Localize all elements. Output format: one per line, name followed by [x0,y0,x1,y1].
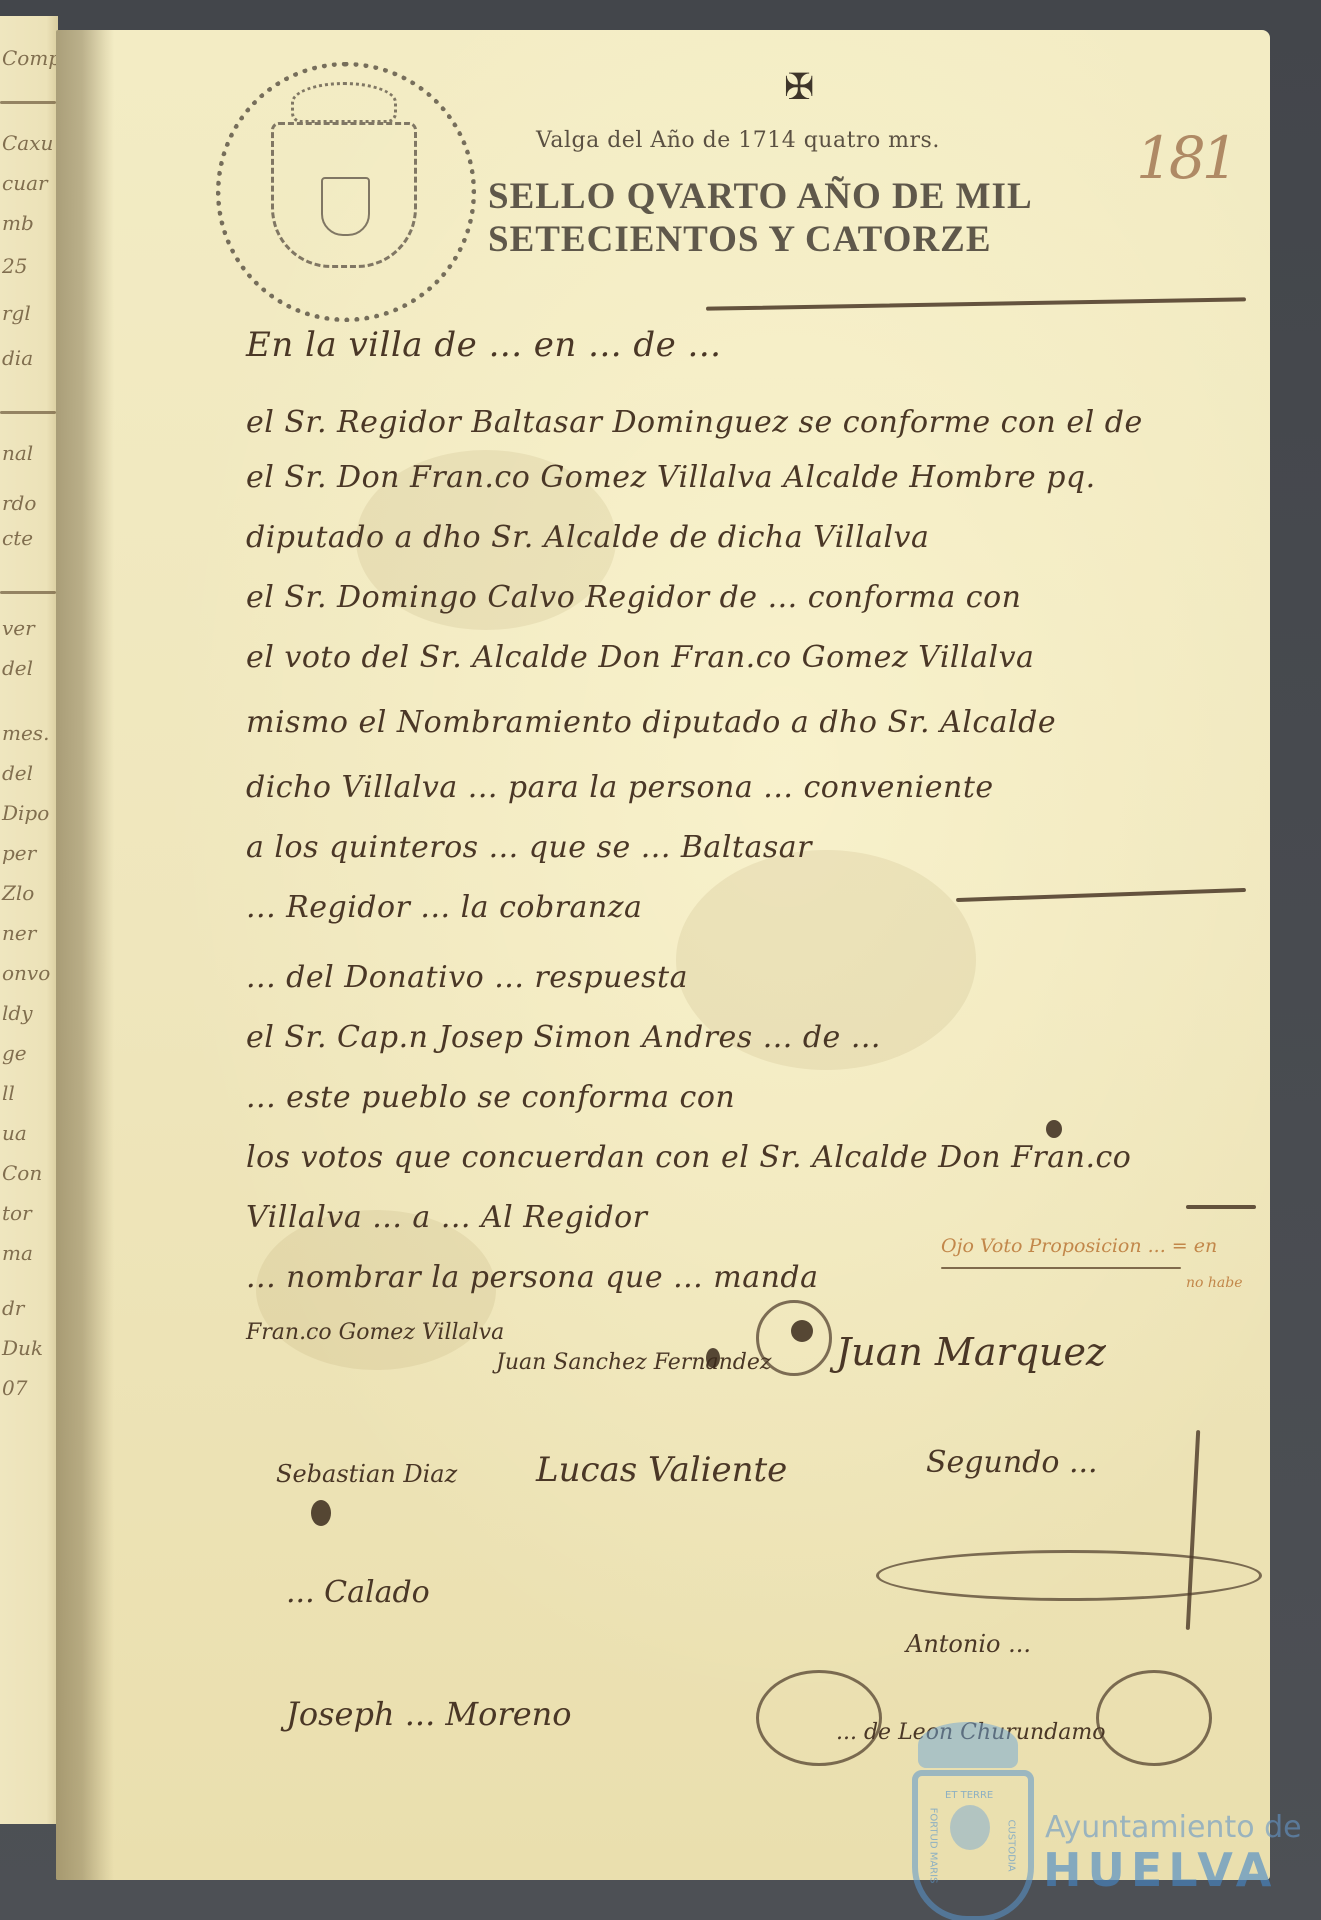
body-line: los votos que concuerdan con el Sr. Alca… [246,1140,1131,1175]
watermark-text-huelva: HUELVA [1043,1843,1277,1897]
left-fragment: ua [2,1121,27,1145]
flourish-line [706,297,1246,310]
left-fragment: del [2,761,33,785]
left-fragment: Con [2,1161,42,1185]
margin-note-underline [941,1267,1181,1269]
signature-flourish [756,1670,882,1766]
body-line: En la villa de ... en ... de ... [246,325,721,365]
folio-number: 181 [1136,124,1235,192]
signature: Juan Sanchez Fernandez [496,1350,771,1375]
signature: Segundo ... [926,1445,1098,1480]
margin-note-line-1: Ojo Voto Proposicion ... = en [941,1235,1217,1257]
binding-gutter-shadow [56,30,114,1880]
body-line: ... este pueblo se conforma con [246,1080,735,1115]
printed-title-line-1: SELLO QVARTO AÑO DE MIL [488,175,1033,218]
body-line: dicho Villalva ... para la persona ... c… [246,770,994,805]
margin-note-line-2: no habe [1186,1275,1243,1291]
left-rule [0,101,56,104]
left-fragment: onvo [2,961,50,985]
watermark-text-ayuntamiento: Ayuntamiento de [1045,1810,1302,1845]
body-line: el Sr. Domingo Calvo Regidor de ... conf… [246,580,1021,615]
signature: ... Calado [286,1575,430,1610]
watermark-crown-icon [918,1722,1018,1768]
watermark-motto-right: CUSTODIA [1006,1819,1017,1871]
left-fragment: tor [2,1201,32,1225]
body-line: ... del Donativo ... respuesta [246,960,688,995]
signature: Lucas Valiente [536,1450,787,1490]
signature: Antonio ... [906,1630,1031,1658]
manuscript-page: ✠ Valga del Año de 1714 quatro mrs. SELL… [56,30,1270,1880]
flourish-line [1186,1205,1256,1209]
left-fragment: per [2,841,36,865]
seal-crown-icon [291,82,397,123]
left-fragment: ner [2,921,36,945]
left-fragment: ldy [2,1001,33,1025]
watermark-tree-icon [950,1805,990,1850]
left-fragment: Duk [2,1336,43,1360]
left-fragment: ge [2,1041,27,1065]
signature: Sebastian Diaz [276,1460,457,1488]
left-fragment: Caxu [2,131,53,155]
left-fragment: cte [2,526,33,550]
signature-flourish [876,1550,1262,1601]
left-fragment: Zlo [2,881,34,905]
ink-blot [706,1348,720,1368]
royal-seal-stamp [216,62,476,322]
left-rule [0,591,56,594]
body-line: mismo el Nombramiento diputado a dho Sr.… [246,705,1056,740]
left-fragment: cuar [2,171,48,195]
left-fragment: rdo [2,491,36,515]
left-fragment: ma [2,1241,33,1265]
body-line: a los quinteros ... que se ... Baltasar [246,830,812,865]
seal-shield-icon [321,177,370,236]
left-adjacent-sheet: Compa Caxu cuar mb 25 rgl dia nal rdo ct… [0,16,58,1824]
body-line: ... nombrar la persona que ... manda [246,1260,819,1295]
flourish-line [956,888,1246,902]
left-fragment: del [2,656,33,680]
body-line: ... Regidor ... la cobranza [246,890,642,925]
ink-blot [791,1320,813,1342]
left-fragment: ver [2,616,35,640]
left-fragment: rgl [2,301,31,325]
left-fragment: mb [2,211,34,235]
rubric-stroke [1186,1430,1200,1630]
watermark-motto-left: FORTUD MARIS [927,1808,938,1884]
cross-icon: ✠ [784,67,814,108]
printed-title-line-2: SETECIENTOS Y CATORZE [488,218,992,261]
left-rule [0,411,56,414]
left-fragment: mes. [2,721,49,745]
printed-tax-line: Valga del Año de 1714 quatro mrs. [536,128,940,153]
body-line: Villalva ... a ... Al Regidor [246,1200,648,1235]
left-fragment: ll [2,1081,15,1105]
left-fragment: dr [2,1296,24,1320]
left-fragment: 07 [2,1376,27,1400]
body-line: el Sr. Don Fran.co Gomez Villalva Alcald… [246,460,1096,495]
left-fragment: nal [2,441,33,465]
left-fragment: 25 [2,254,27,278]
signature: Joseph ... Moreno [286,1695,572,1733]
ink-blot [311,1500,331,1526]
left-fragment: Compa [2,46,58,70]
ink-blot [1046,1120,1062,1138]
body-line: el Sr. Regidor Baltasar Dominguez se con… [246,405,1143,440]
signature: Fran.co Gomez Villalva [246,1320,504,1345]
body-line: el voto del Sr. Alcalde Don Fran.co Gome… [246,640,1034,675]
left-fragment: dia [2,346,33,370]
rubric-flourish [1096,1670,1212,1766]
left-fragment: Dipo [2,801,49,825]
signature: Juan Marquez [836,1330,1106,1374]
body-line: diputado a dho Sr. Alcalde de dicha Vill… [246,520,929,555]
watermark-motto-top: ET TERRE [945,1790,993,1801]
body-line: el Sr. Cap.n Josep Simon Andres ... de .… [246,1020,881,1055]
